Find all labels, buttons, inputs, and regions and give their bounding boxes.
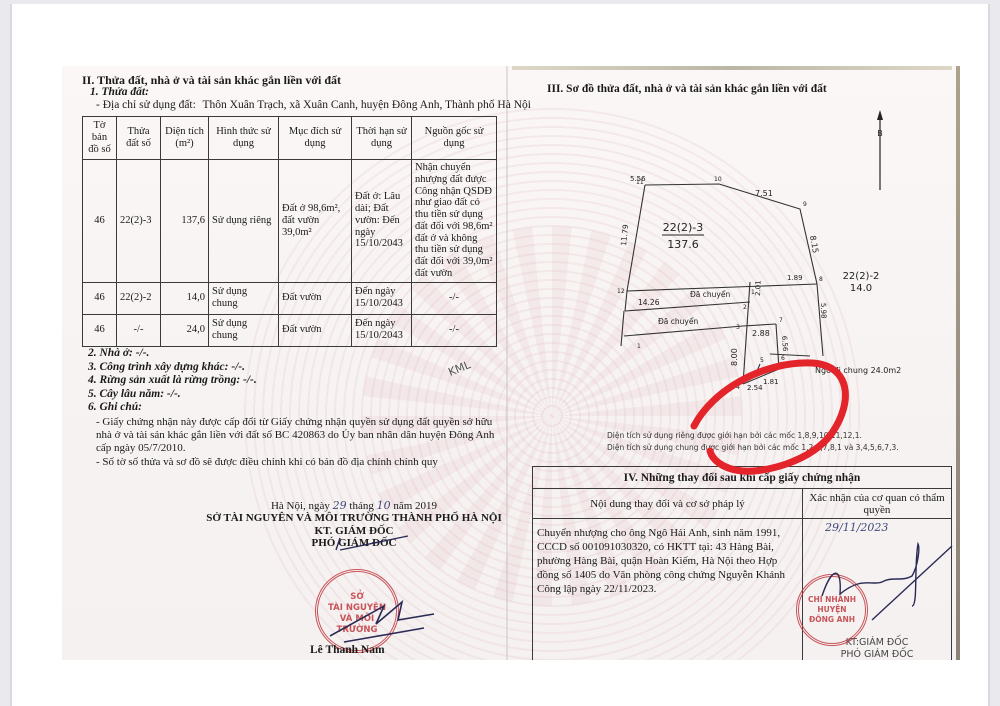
col-change-content: Nội dung thay đổi và cơ sở pháp lý [533,489,803,519]
svg-text:Đã chuyển: Đã chuyển [658,317,698,326]
col-usage-form: Hình thức sử dụng [209,117,279,160]
item-other-construction: 3. Công trình xây dựng khác: -/-. [88,361,257,375]
land-use-certificate: II. Thửa đất, nhà ở và tài sản khác gắn … [62,66,960,660]
svg-text:6.56: 6.56 [780,336,789,353]
table-row: 46 22(2)-2 14,0 Sử dụng chung Đất vườn Đ… [83,282,497,314]
col-parcel-no: Thửa đất số [117,117,161,160]
cell: 46 [83,282,117,314]
confirm-date: 29/11/2023 [825,521,888,534]
cell: Đến ngày 15/10/2043 [352,282,412,314]
parcel-table: Tờ bản đồ số Thửa đất số Diện tích (m²) … [82,116,497,347]
svg-text:22(2)-3: 22(2)-3 [663,221,704,234]
svg-text:7: 7 [779,317,783,324]
svg-text:14.0: 14.0 [850,283,872,294]
parcel-table-header: Tờ bản đồ số Thửa đất số Diện tích (m²) … [83,117,497,160]
cell: Đất vườn [279,282,352,314]
svg-text:8: 8 [819,276,823,283]
property-items: 2. Nhà ở: -/-. 3. Công trình xây dựng kh… [88,347,257,415]
land-address: - Địa chỉ sử dụng đất: Thôn Xuân Trạch, … [96,99,531,111]
item-notes-heading: 6. Ghi chú: [88,401,257,415]
red-circle-annotation-icon [682,351,852,476]
svg-text:Đã chuyển: Đã chuyển [690,290,730,299]
cell: Đất ở: Lâu dài; Đất vườn: Đến ngày 15/10… [352,160,412,283]
notes-text: - Giấy chứng nhận này được cấp đổi từ Gi… [96,416,506,469]
col-area: Diện tích (m²) [161,117,209,160]
svg-text:5.98: 5.98 [819,303,828,319]
svg-text:3: 3 [736,324,740,331]
signature-scribble-icon [324,584,444,644]
item-house: 2. Nhà ở: -/-. [88,347,257,361]
svg-text:7.51: 7.51 [755,189,773,198]
cell: Sử dụng chung [209,282,279,314]
cell: -/- [117,314,161,346]
col-term: Thời hạn sử dụng [352,117,412,160]
cell: Sử dụng riêng [209,160,279,283]
svg-text:1: 1 [637,343,641,350]
item-perennial-trees: 5. Cây lâu năm: -/-. [88,388,257,402]
svg-text:1.89: 1.89 [787,274,803,282]
cell: 46 [83,160,117,283]
address-value: Thôn Xuân Trạch, xã Xuân Canh, huyện Đôn… [202,99,530,111]
svg-text:14.26: 14.26 [638,298,660,307]
cell: 137,6 [161,160,209,283]
col-authority-confirm: Xác nhận của cơ quan có thẩm quyền [803,489,952,519]
issue-date: Hà Nội, ngày 29 tháng 10 năm 2019 [204,500,504,512]
svg-text:11.79: 11.79 [619,224,630,247]
svg-text:1: 1 [751,289,755,296]
col-map-sheet: Tờ bản đồ số [83,117,117,160]
signer-name: Lê Thanh Nam [310,644,385,656]
cell: 22(2)-2 [117,282,161,314]
cell: Sử dụng chung [209,314,279,346]
issuing-agency: SỞ TÀI NGUYÊN VÀ MÔI TRƯỜNG THÀNH PHỐ HÀ… [204,512,504,524]
signature-tick-icon [332,534,412,554]
cell: Đất ở 98,6m², đất vườn 39,0m² [279,160,352,283]
cell: -/- [412,314,497,346]
cell: Đất vườn [279,314,352,346]
subsection-parcel-title: 1. Thửa đất: [90,86,149,98]
svg-text:9: 9 [803,201,807,208]
margin-scribble: KML [446,358,472,379]
cell: 24,0 [161,314,209,346]
col-origin: Nguồn gốc sử dụng [412,117,497,160]
cell: 14,0 [161,282,209,314]
note-line: - Giấy chứng nhận này được cấp đổi từ Gi… [96,416,506,456]
svg-text:12: 12 [617,288,625,295]
svg-text:2.01: 2.01 [754,280,763,296]
table-row: 46 22(2)-3 137,6 Sử dụng riêng Đất ở 98,… [83,160,497,283]
table-row: 46 -/- 24,0 Sử dụng chung Đất vườn Đến n… [83,314,497,346]
cell: 22(2)-3 [117,160,161,283]
cell: Đến ngày 15/10/2043 [352,314,412,346]
item-production-forest: 4. Rừng sản xuất là rừng trồng: -/-. [88,374,257,388]
change-content: Chuyển nhượng cho ông Ngô Hải Anh, sinh … [533,519,803,661]
col-purpose: Mục đích sử dụng [279,117,352,160]
svg-text:137.6: 137.6 [667,238,699,251]
cell: -/- [412,282,497,314]
svg-text:2.88: 2.88 [752,329,770,338]
svg-text:B: B [877,129,883,138]
section-3-title: III. Sơ đồ thửa đất, nhà ở và tài sản kh… [547,83,827,95]
svg-text:10: 10 [714,176,722,183]
cell: 46 [83,314,117,346]
svg-text:2: 2 [743,304,747,311]
address-label: - Địa chỉ sử dụng đất: [96,99,196,111]
svg-text:22(2)-2: 22(2)-2 [843,271,880,282]
svg-text:11: 11 [636,179,644,186]
note-line: - Số tờ số thửa và sơ đồ sẽ được điều ch… [96,456,506,469]
confirm-signature-icon [802,536,960,636]
cell: Nhận chuyển nhượng đất được Công nhận QS… [412,160,497,283]
